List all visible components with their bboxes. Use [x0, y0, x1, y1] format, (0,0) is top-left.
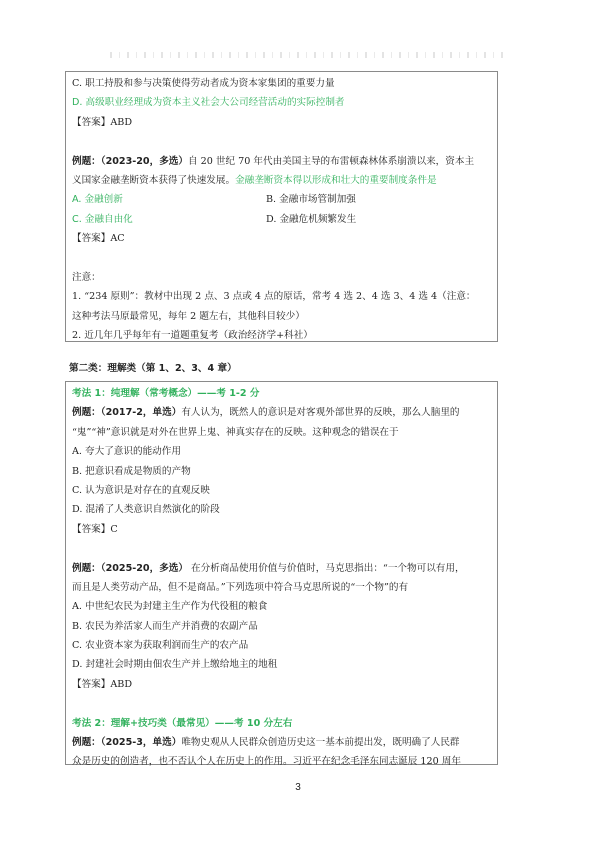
option-b: B. 金融市场管制加强	[266, 190, 460, 209]
example-2-stem-line-1: 例题：（2025-20，多选） 在分析商品使用价值与价值时，马克思指出：“一个物…	[72, 559, 491, 578]
stem-plain: 义国家金融垄断资本获得了快速发展。	[72, 175, 235, 186]
note-1-line-1: 1. “234 原则”：教材中出现 2 点、3 点或 4 点的原话，常考 4 选…	[72, 287, 491, 306]
example-label: 例题：	[72, 563, 101, 574]
section-heading: 第二类：理解类（第 1、2、3、4 章）	[69, 359, 237, 378]
option-d: D. 金融危机频繁发生	[266, 210, 460, 229]
example-label: 例题：	[72, 737, 101, 748]
option-a: A. 中世纪农民为封建主生产作为代役租的粮食	[72, 597, 491, 616]
example-label: 例题：	[72, 407, 101, 418]
answer: 【答案】ABD	[72, 113, 491, 132]
example-stem-text: 有人认为，既然人的意识是对客观外部世界的反映，那么人脑里的	[181, 407, 459, 418]
example-label: 例题：	[72, 156, 101, 167]
question-box-1: C. 职工持股和参与决策使得劳动者成为资本家集团的重要力量 D. 高级职业经理成…	[65, 71, 498, 342]
answer: 【答案】AC	[72, 229, 491, 248]
stem-highlight: 金融垄断资本得以形成和壮大的重要制度条件是	[235, 175, 436, 186]
cutoff-previous-text	[110, 52, 510, 58]
spacer	[72, 132, 491, 151]
option-b: B. 农民为养活家人而生产并消费的农副产品	[72, 617, 491, 636]
question-box-2: 考法 1：纯理解（常考概念）——考 1-2 分 例题：（2017-2，单选）有人…	[65, 381, 498, 765]
example-stem-text: 唯物史观从人民群众创造历史这一基本前提出发，既明确了人民群	[181, 737, 459, 748]
note-1-line-2: 这种考法马原最常见，每年 2 题左右，其他科目较少）	[72, 307, 491, 326]
example-3-stem-line-1: 例题：（2025-3，单选）唯物史观从人民群众创造历史这一基本前提出发，既明确了…	[72, 733, 491, 752]
options-row-1: A. 金融创新 B. 金融市场管制加强	[72, 190, 491, 209]
example-stem-line-2: 义国家金融垄断资本获得了快速发展。金融垄断资本得以形成和壮大的重要制度条件是	[72, 171, 491, 190]
example-1-stem-line-2: “鬼”“神”意识就是对外在世界上鬼、神真实存在的反映。这种观念的错误在于	[72, 423, 491, 442]
spacer	[72, 249, 491, 268]
option-b: B. 把意识看成是物质的产物	[72, 462, 491, 481]
answer: 【答案】ABD	[72, 675, 491, 694]
option-d: D. 封建社会时期由佃农生产并上缴给地主的地租	[72, 655, 491, 674]
example-meta: （2025-20，多选）	[101, 563, 188, 574]
option-d: D. 混淆了人类意识自然演化的阶段	[72, 500, 491, 519]
example-meta: （2025-3，单选）	[101, 737, 182, 748]
options-row-2: C. 金融自由化 D. 金融危机频繁发生	[72, 210, 491, 229]
spacer	[72, 539, 491, 558]
method-2-title: 考法 2：理解+技巧类（最常见）——考 10 分左右	[72, 714, 491, 733]
example-meta: （2017-2，单选）	[101, 407, 182, 418]
example-stem-text: 自 20 世纪 70 年代由美国主导的布雷顿森林体系崩溃以来，资本主	[188, 156, 474, 167]
example-1-stem-line-1: 例题：（2017-2，单选）有人认为，既然人的意识是对客观外部世界的反映，那么人…	[72, 403, 491, 422]
example-stem-text: 在分析商品使用价值与价值时，马克思指出：“一个物可以有用，	[188, 563, 465, 574]
method-1-title: 考法 1：纯理解（常考概念）——考 1-2 分	[72, 384, 491, 403]
example-2-stem-line-2: 而且是人类劳动产品，但不是商品。”下列选项中符合马克思所说的“一个物”的有	[72, 578, 491, 597]
option-c: C. 农业资本家为获取利润而生产的农产品	[72, 636, 491, 655]
option-c-correct: C. 金融自由化	[72, 210, 266, 229]
example-stem-line-1: 例题：（2023-20，多选）自 20 世纪 70 年代由美国主导的布雷顿森林体…	[72, 152, 491, 171]
spacer	[72, 694, 491, 713]
option-d-correct: D. 高级职业经理成为资本主义社会大公司经营活动的实际控制者	[72, 93, 491, 112]
example-meta: （2023-20，多选）	[101, 156, 188, 167]
answer: 【答案】C	[72, 520, 491, 539]
notes-title: 注意：	[72, 268, 491, 287]
page-number: 3	[0, 782, 596, 793]
option-c: C. 职工持股和参与决策使得劳动者成为资本家集团的重要力量	[72, 74, 491, 93]
option-c: C. 认为意识是对存在的直观反映	[72, 481, 491, 500]
example-3-stem-line-2: 众是历史的创造者，也不否认个人在历史上的作用。习近平在纪念毛泽东同志诞辰 120…	[72, 752, 491, 771]
note-2: 2. 近几年几乎每年有一道题重复考（政治经济学+科社）	[72, 326, 491, 345]
option-a-correct: A. 金融创新	[72, 190, 266, 209]
option-a: A. 夸大了意识的能动作用	[72, 442, 491, 461]
